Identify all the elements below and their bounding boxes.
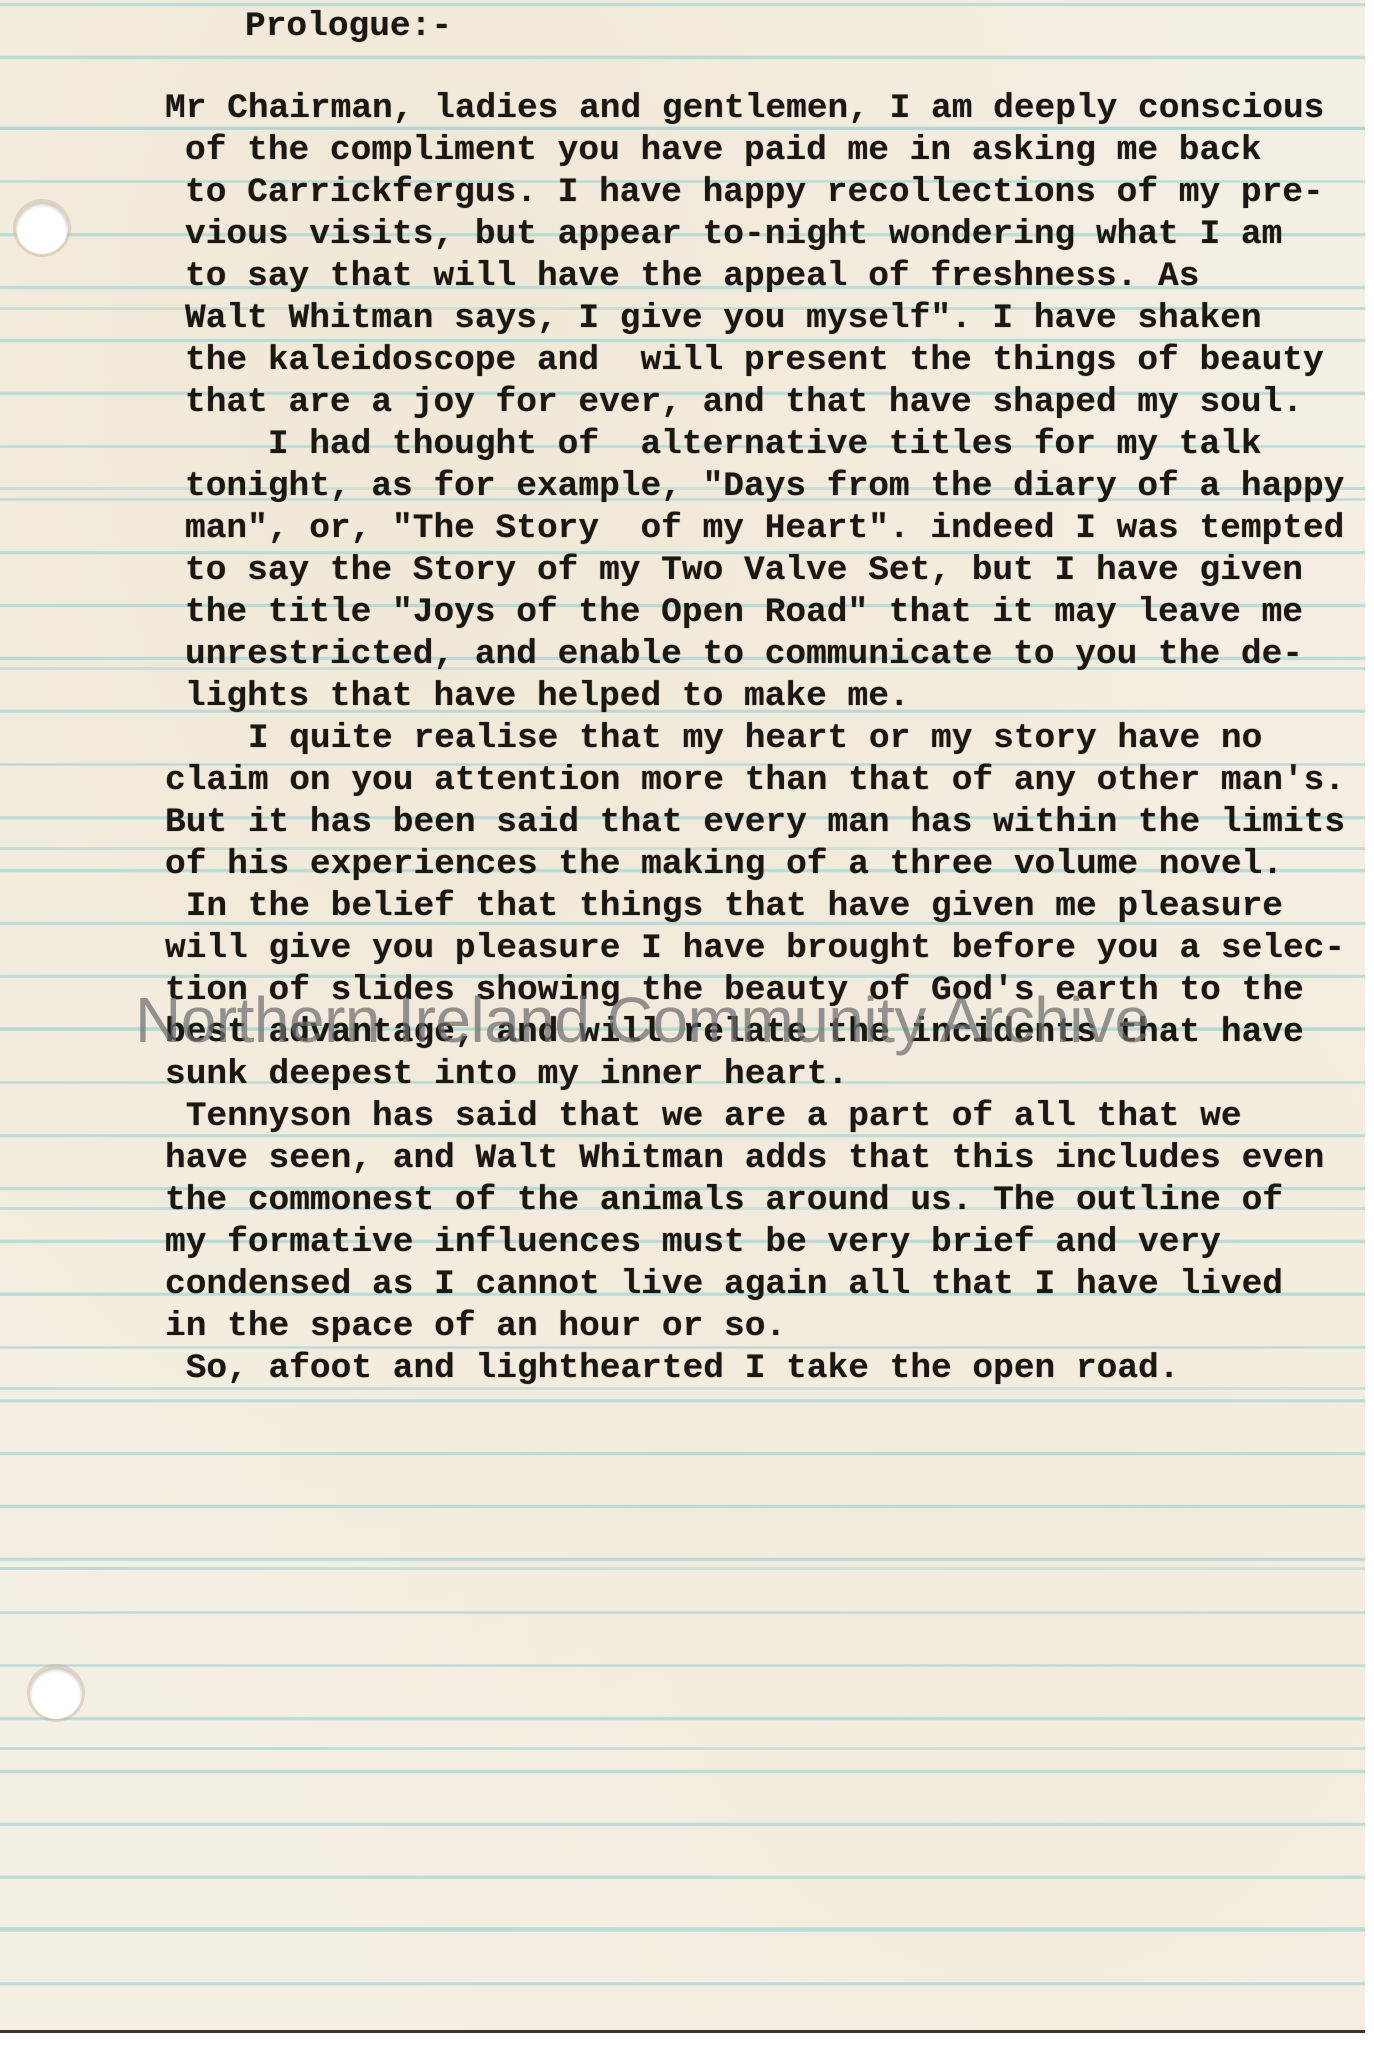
text-line: tonight, as for example, "Days from the … bbox=[185, 470, 1344, 505]
text-line: Mr Chairman, ladies and gentlemen, I am … bbox=[165, 92, 1324, 127]
text-line: of the compliment you have paid me in as… bbox=[185, 134, 1262, 169]
text-line: sunk deepest into my inner heart. bbox=[165, 1058, 848, 1093]
text-line: my formative influences must be very bri… bbox=[165, 1226, 1221, 1261]
text-line: I had thought of alternative titles for … bbox=[185, 428, 1262, 463]
text-line: lights that have helped to make me. bbox=[185, 680, 910, 715]
document-title: Prologue:- bbox=[245, 10, 452, 45]
text-line: have seen, and Walt Whitman adds that th… bbox=[165, 1142, 1324, 1177]
text-line: But it has been said that every man has … bbox=[165, 806, 1345, 841]
text-line: the title "Joys of the Open Road" that i… bbox=[185, 596, 1303, 631]
punch-hole-bottom bbox=[30, 1667, 82, 1719]
punch-hole-top bbox=[16, 202, 68, 254]
text-line: Tennyson has said that we are a part of … bbox=[165, 1100, 1242, 1135]
text-line: to say the Story of my Two Valve Set, bu… bbox=[185, 554, 1303, 589]
watermark: Northern Ireland Community Archive bbox=[135, 983, 1150, 1057]
text-line: claim on you attention more than that of… bbox=[165, 764, 1345, 799]
text-line: to Carrickfergus. I have happy recollect… bbox=[185, 176, 1324, 211]
text-line: the commonest of the animals around us. … bbox=[165, 1184, 1283, 1219]
text-line: I quite realise that my heart or my stor… bbox=[165, 722, 1262, 757]
text-line: man", or, "The Story of my Heart". indee… bbox=[185, 512, 1344, 547]
text-line: unrestricted, and enable to communicate … bbox=[185, 638, 1303, 673]
text-line: the kaleidoscope and will present the th… bbox=[185, 344, 1324, 379]
text-line: to say that will have the appeal of fres… bbox=[185, 260, 1199, 295]
text-line: condensed as I cannot live again all tha… bbox=[165, 1268, 1283, 1303]
text-line: In the belief that things that have give… bbox=[165, 890, 1283, 925]
paper-bottom-edge bbox=[0, 2030, 1365, 2033]
text-line: vious visits, but appear to-night wonder… bbox=[185, 218, 1282, 253]
text-line: Walt Whitman says, I give you myself". I… bbox=[185, 302, 1262, 337]
text-line: will give you pleasure I have brought be… bbox=[165, 932, 1345, 967]
text-line: So, afoot and lighthearted I take the op… bbox=[165, 1352, 1179, 1387]
text-line: that are a joy for ever, and that have s… bbox=[185, 386, 1303, 421]
text-line: of his experiences the making of a three… bbox=[165, 848, 1283, 883]
text-line: in the space of an hour or so. bbox=[165, 1310, 786, 1345]
